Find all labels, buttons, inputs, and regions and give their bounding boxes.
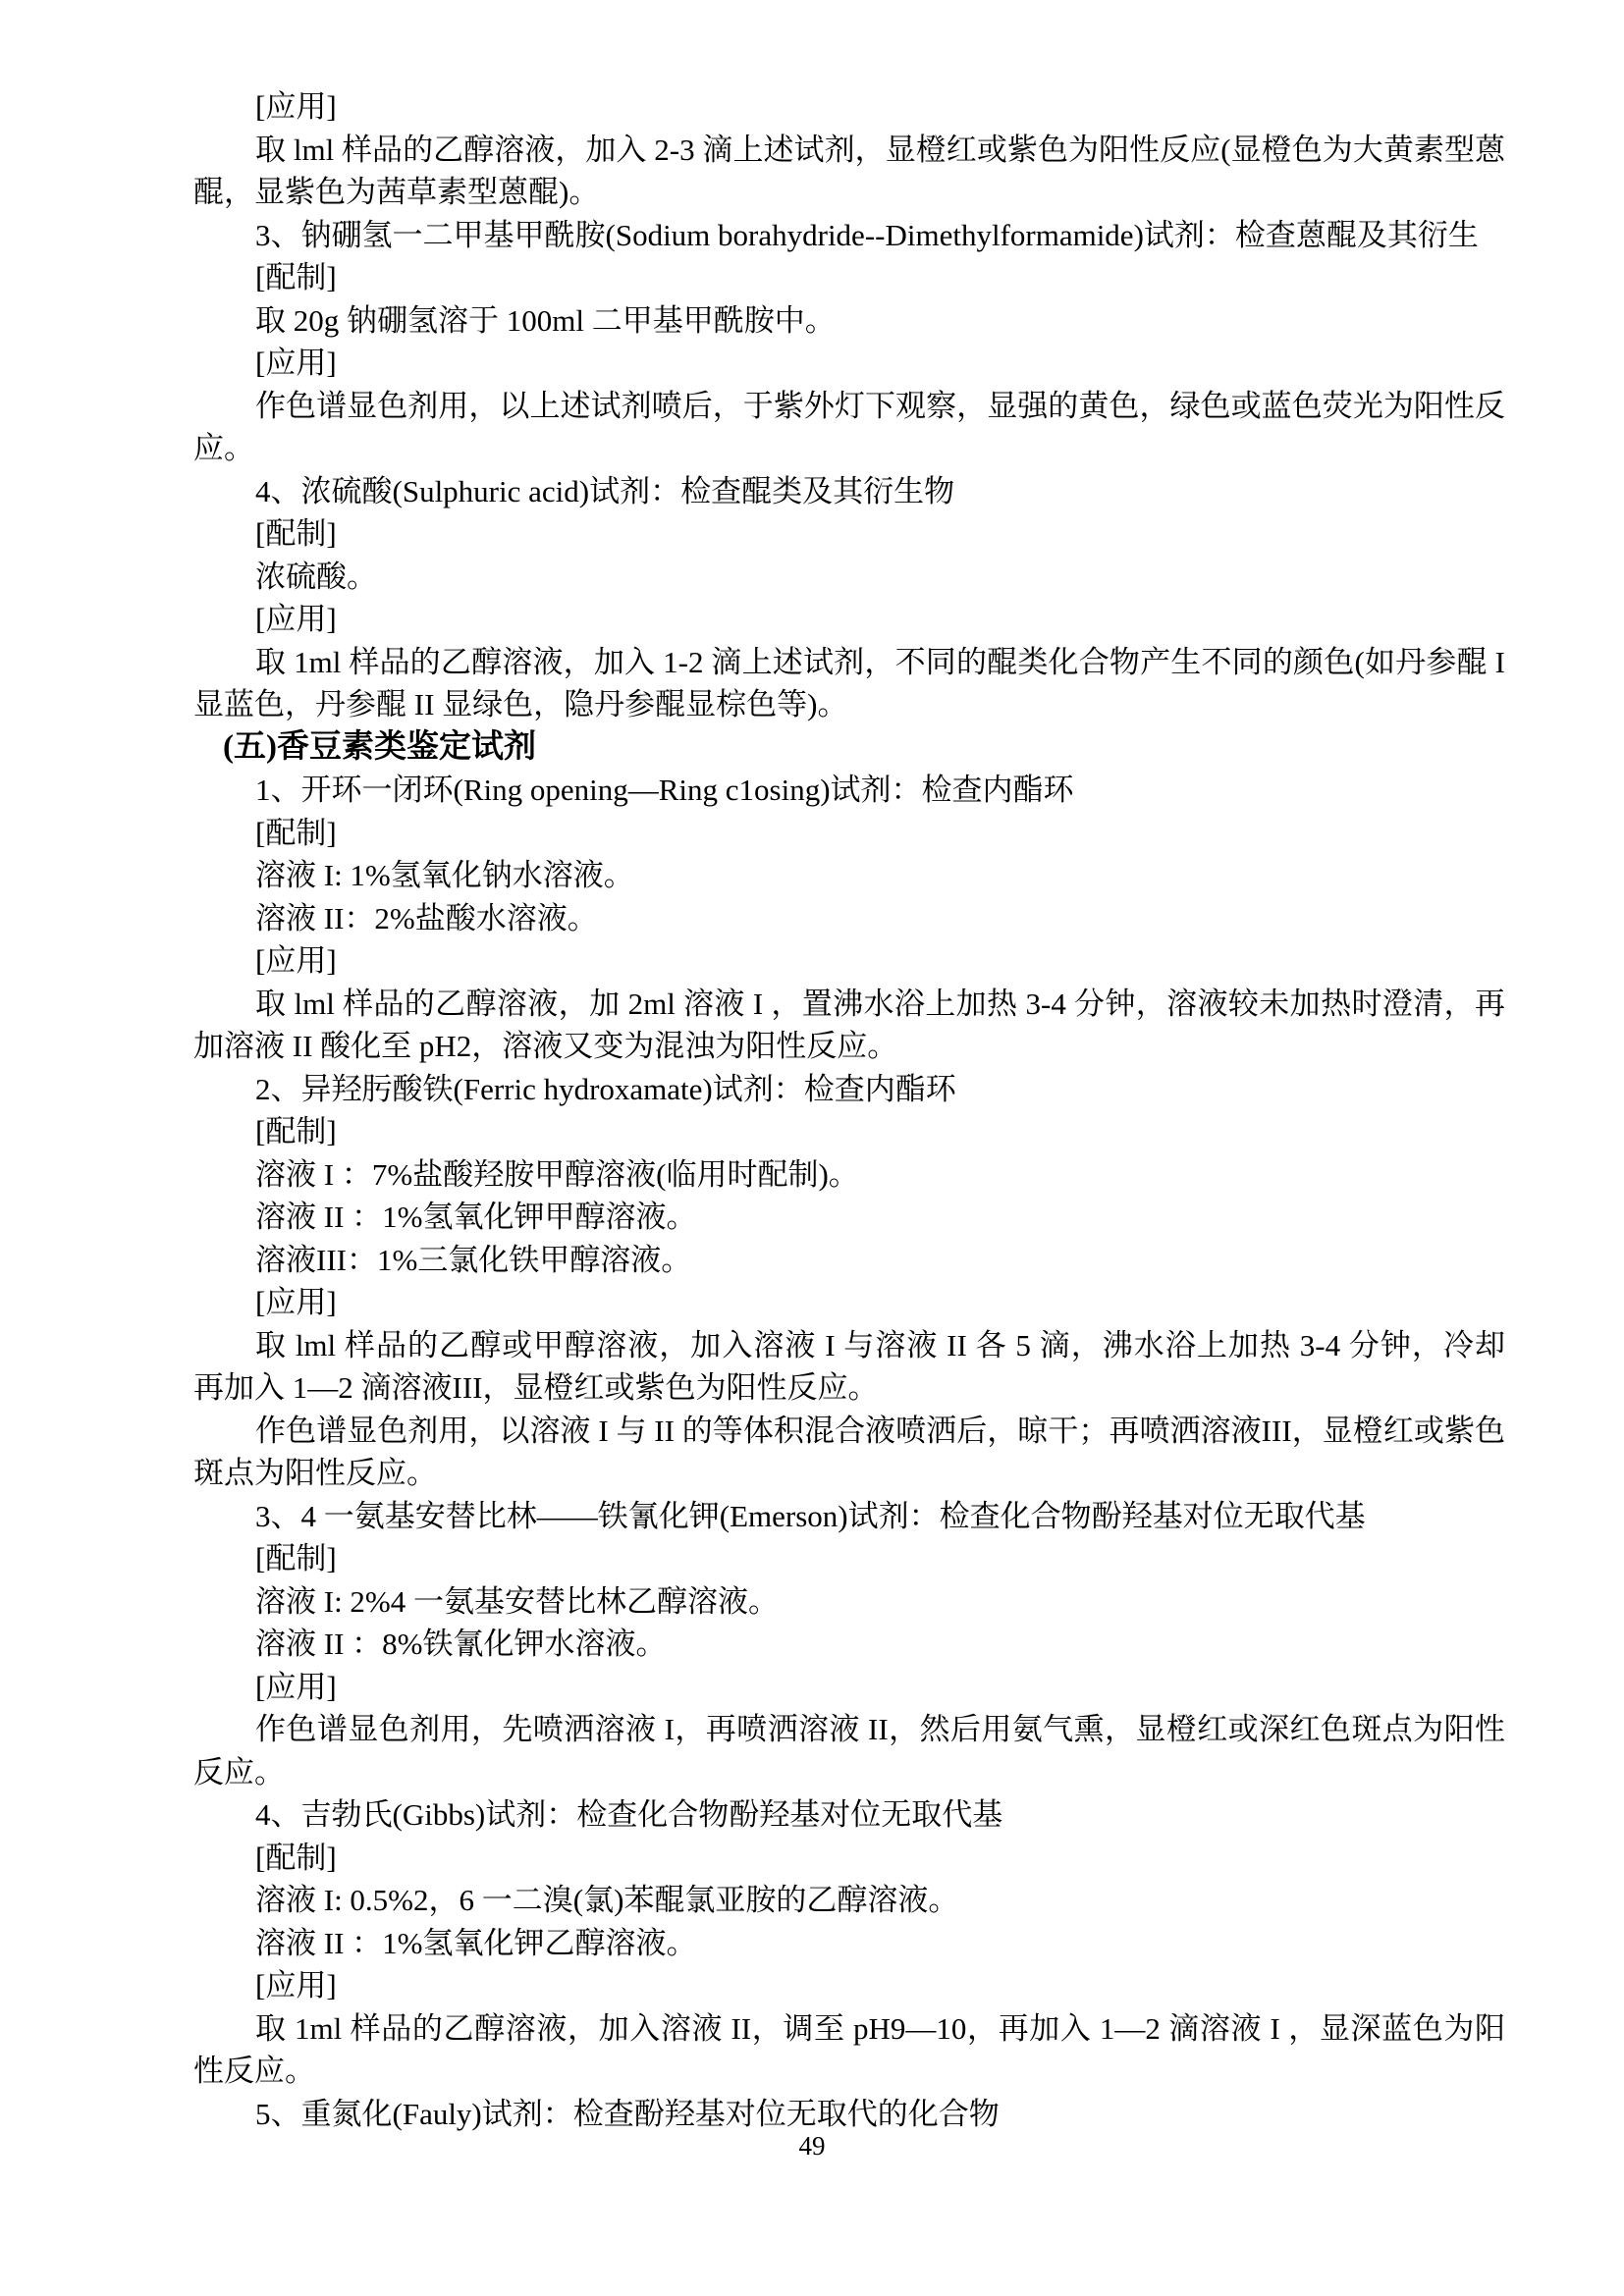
text-line: 再加入 1—2 滴溶液III，显橙红或紫色为阳性反应。: [193, 1366, 1505, 1410]
text-line: 溶液 I: 2%4 一氨基安替比林乙醇溶液。: [193, 1580, 1505, 1624]
text-line: 4、吉勃氏(Gibbs)试剂：检查化合物酚羟基对位无取代基: [193, 1793, 1505, 1837]
text-line: [配制]: [193, 1837, 1505, 1880]
text-line: 作色谱显色剂用，以溶液 I 与 II 的等体积混合液喷洒后，晾干；再喷洒溶液II…: [193, 1410, 1505, 1453]
text-line: 浓硫酸。: [193, 556, 1505, 599]
text-line: 溶液 I ：7%盐酸羟胺甲醇溶液(临用时配制)。: [193, 1153, 1505, 1197]
text-line: [应用]: [193, 598, 1505, 641]
text-line: [应用]: [193, 939, 1505, 983]
text-line: 3、钠硼氢一二甲基甲酰胺(Sodium borahydride--Dimethy…: [193, 214, 1505, 257]
text-line: [应用]: [193, 1281, 1505, 1324]
text-line: [配制]: [193, 512, 1505, 556]
text-line: [应用]: [193, 1964, 1505, 2007]
text-line: [应用]: [193, 85, 1505, 129]
document-page: [应用]取 lml 样品的乙醇溶液，加入 2-3 滴上述试剂，显橙红或紫色为阳性…: [0, 0, 1624, 2296]
text-line: 溶液 II ：8%铁氰化钾水溶液。: [193, 1623, 1505, 1666]
text-line: 溶液III：1%三氯化铁甲醇溶液。: [193, 1239, 1505, 1282]
text-line: 应。: [193, 427, 1505, 470]
text-line: [配制]: [193, 1537, 1505, 1580]
text-line: 4、浓硫酸(Sulphuric acid)试剂：检查醌类及其衍生物: [193, 470, 1505, 513]
text-line: [配制]: [193, 256, 1505, 299]
text-line: 溶液 I: 0.5%2，6 一二溴(氯)苯醌氯亚胺的乙醇溶液。: [193, 1879, 1505, 1922]
text-line: 加溶液 II 酸化至 pH2，溶液又变为混浊为阳性反应。: [193, 1025, 1505, 1068]
text-line: 性反应。: [193, 2050, 1505, 2093]
text-line: 显蓝色，丹参醌 II 显绿色，隐丹参醌显棕色等)。: [193, 683, 1505, 726]
text-line: [应用]: [193, 342, 1505, 385]
text-line: [配制]: [193, 812, 1505, 855]
page-number: 49: [0, 2128, 1624, 2163]
document-body: [应用]取 lml 样品的乙醇溶液，加入 2-3 滴上述试剂，显橙红或紫色为阳性…: [193, 85, 1505, 2135]
text-line: 取 20g 钠硼氢溶于 100ml 二甲基甲酰胺中。: [193, 299, 1505, 343]
text-line: [配制]: [193, 1110, 1505, 1153]
text-line: 2、异羟肟酸铁(Ferric hydroxamate)试剂：检查内酯环: [193, 1068, 1505, 1111]
text-line: 1、开环一闭环(Ring opening—Ring c1osing)试剂：检查内…: [193, 769, 1505, 812]
text-line: 取 lml 样品的乙醇或甲醇溶液，加入溶液 I 与溶液 II 各 5 滴，沸水浴…: [193, 1324, 1505, 1367]
text-line: 3、4 一氨基安替比林——铁氰化钾(Emerson)试剂：检查化合物酚羟基对位无…: [193, 1495, 1505, 1538]
text-line: 醌，显紫色为茜草素型蒽醌)。: [193, 171, 1505, 214]
text-line: 斑点为阳性反应。: [193, 1452, 1505, 1495]
text-line: 取 1ml 样品的乙醇溶液，加入 1-2 滴上述试剂，不同的醌类化合物产生不同的…: [193, 641, 1505, 684]
text-line: 溶液 I: 1%氢氧化钠水溶液。: [193, 854, 1505, 897]
text-line: 作色谱显色剂用，先喷洒溶液 I，再喷洒溶液 II，然后用氨气熏，显橙红或深红色斑…: [193, 1708, 1505, 1751]
text-line: 取 lml 样品的乙醇溶液，加 2ml 溶液 I ，置沸水浴上加热 3-4 分钟…: [193, 983, 1505, 1026]
text-line: 取 lml 样品的乙醇溶液，加入 2-3 滴上述试剂，显橙红或紫色为阳性反应(显…: [193, 129, 1505, 172]
text-line: [应用]: [193, 1666, 1505, 1709]
text-line: 溶液 II ：1%氢氧化钾甲醇溶液。: [193, 1196, 1505, 1239]
text-line: 溶液 II：2%盐酸水溶液。: [193, 897, 1505, 940]
text-line: 溶液 II ：1%氢氧化钾乙醇溶液。: [193, 1922, 1505, 1965]
section-heading: (五)香豆素类鉴定试剂: [193, 726, 1505, 770]
text-line: 反应。: [193, 1751, 1505, 1794]
text-line: 作色谱显色剂用，以上述试剂喷后，于紫外灯下观察，显强的黄色，绿色或蓝色荧光为阳性…: [193, 385, 1505, 428]
text-line: 取 1ml 样品的乙醇溶液，加入溶液 II，调至 pH9—10，再加入 1—2 …: [193, 2007, 1505, 2051]
